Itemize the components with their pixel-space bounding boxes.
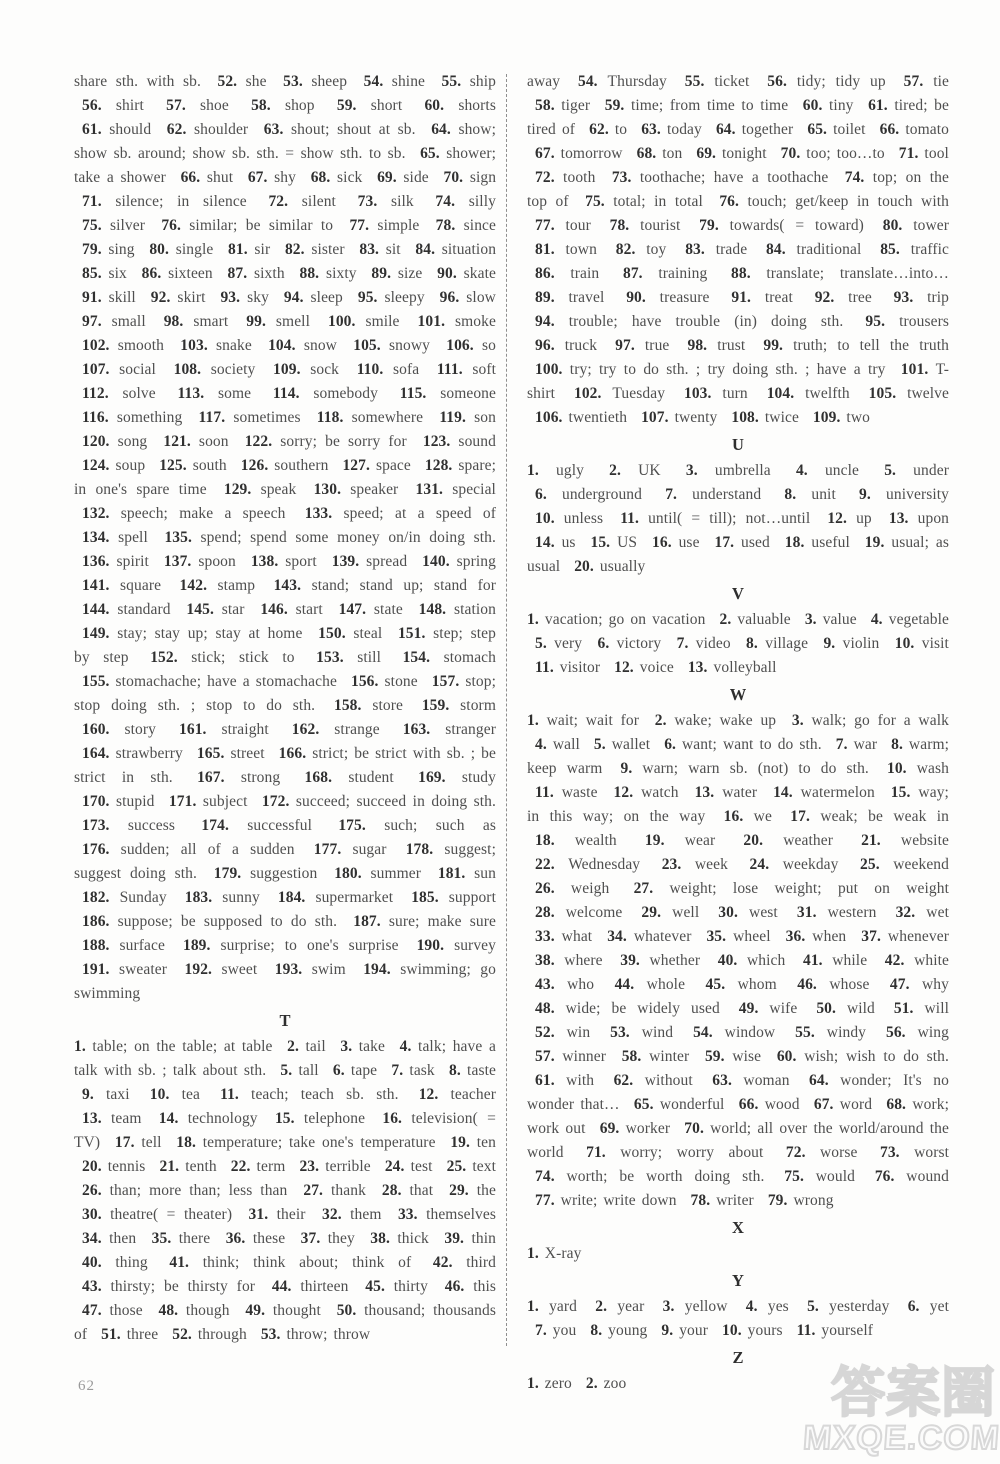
entry-number: 105.: [869, 385, 897, 402]
entry-number: 138.: [251, 553, 279, 570]
vocab-entry: 53. wind: [602, 1024, 673, 1041]
entry-number: 2.: [609, 462, 621, 479]
entry-number: 1.: [527, 611, 539, 628]
vocab-entry: 107. social: [74, 361, 156, 378]
vocab-entry: 75. silver: [74, 217, 145, 234]
entry-number: 2.: [595, 1298, 607, 1315]
vocab-entry: 67. word: [806, 1096, 872, 1113]
entry-number: 62.: [167, 121, 187, 138]
entry-number: 57.: [535, 1048, 555, 1065]
entry-number: 21.: [159, 1158, 179, 1175]
vocab-entry: 1. table; on the table; at table: [74, 1038, 272, 1055]
entry-number: 31.: [249, 1206, 269, 1223]
entry-number: 64.: [431, 121, 451, 138]
vocab-entry: 37. whenever: [853, 928, 949, 945]
vocab-entry: 130. speaker: [306, 481, 399, 498]
entry-number: 25.: [860, 856, 880, 873]
entry-number: 143.: [274, 577, 302, 594]
entry-number: 43.: [82, 1278, 102, 1295]
entry-number: 85.: [82, 265, 102, 282]
vocab-entry: 43. who: [527, 976, 594, 993]
vocab-entry: 6. want; want to do sth.: [656, 736, 822, 753]
vocab-entry: 149. stay; stay up; stay at home: [74, 625, 302, 642]
vocab-entry: 20. weather: [735, 832, 833, 849]
entry-number: 72.: [268, 193, 288, 210]
entry-number: 114.: [273, 385, 300, 402]
entry-number: 11.: [620, 510, 639, 527]
vocab-entry: 78. writer: [683, 1192, 754, 1209]
section-header-v: V: [527, 581, 949, 607]
entry-number: 102.: [574, 385, 602, 402]
vocab-entry: 68. sick: [303, 169, 363, 186]
entry-number: 83.: [359, 241, 379, 258]
vocab-entry: 75. total; in total: [577, 193, 703, 210]
vocab-entry: 79. towards( = toward): [691, 217, 864, 234]
entry-number: 79.: [768, 1192, 788, 1209]
vocab-entry: 69. worker: [592, 1120, 670, 1137]
entry-number: 160.: [82, 721, 110, 738]
entry-number: 39.: [444, 1230, 464, 1247]
vocab-entry: 173. success: [74, 817, 175, 834]
vocab-entry: 83. sit: [351, 241, 400, 258]
vocab-entry: 76. similar; be similar to: [153, 217, 333, 234]
vocab-entry: 114. somebody: [265, 385, 378, 402]
entry-number: 51.: [894, 1000, 914, 1017]
vocab-entry: 79. sing: [74, 241, 135, 258]
vocab-entry: 4. yes: [738, 1298, 789, 1315]
entry-number: 49.: [739, 1000, 759, 1017]
entry-number: 65.: [634, 1096, 654, 1113]
right-column: away 54. Thursday 55. ticket 56. tidy; t…: [527, 70, 949, 1396]
vocab-entry: 92. skirt: [143, 289, 206, 306]
entry-number: 90.: [437, 265, 457, 282]
vocab-entry: 4. wall: [527, 736, 580, 753]
vocab-entry: 82. sister: [277, 241, 345, 258]
entry-number: 82.: [616, 241, 636, 258]
vocab-entry: 62. without: [606, 1072, 693, 1089]
entry-number: 87.: [623, 265, 643, 282]
vocab-entry: 177. sugar: [306, 841, 387, 858]
entry-number: 63.: [264, 121, 284, 138]
vocab-entry: 140. spring: [414, 553, 496, 570]
entry-number: 33.: [535, 928, 555, 945]
vocab-entry: 33. what: [527, 928, 592, 945]
vocab-entry: 113. some: [170, 385, 252, 402]
vocab-entry: 21. tenth: [151, 1158, 216, 1175]
entry-number: 194.: [363, 961, 391, 978]
vocab-entry: 12. up: [819, 510, 871, 527]
vocab-entry: 19. ten: [442, 1134, 496, 1151]
entry-number: 169.: [418, 769, 446, 786]
watermark-site: MXQE.COM: [729, 1420, 1000, 1456]
vocab-entry: 7. task: [383, 1062, 434, 1079]
vocab-entry: 61. with: [527, 1072, 594, 1089]
vocab-entry: 4. vegetable: [863, 611, 949, 628]
vocab-entry: 54. Thursday: [570, 73, 667, 90]
entry-number: 3.: [663, 1298, 675, 1315]
entry-number: 98.: [687, 337, 707, 354]
vocab-entry: 3. value: [797, 611, 857, 628]
entry-number: 62.: [614, 1072, 634, 1089]
entry-number: 3.: [805, 611, 817, 628]
entry-number: 8.: [590, 1322, 602, 1339]
vocab-entry: 145. star: [178, 601, 244, 618]
vocab-entry: 25. text: [439, 1158, 496, 1175]
entry-number: 8.: [891, 736, 903, 753]
entry-number: 38.: [535, 952, 555, 969]
entry-number: 83.: [685, 241, 705, 258]
entry-number: 35.: [152, 1230, 172, 1247]
entry-number: 82.: [285, 241, 305, 258]
entry-number: 12.: [614, 784, 634, 801]
entry-number: 27.: [634, 880, 654, 897]
entry-number: 56.: [886, 1024, 906, 1041]
entry-number: 164.: [82, 745, 110, 762]
entry-number: 67.: [535, 145, 555, 162]
entry-paragraph: 1. zero 2. zoo: [527, 1372, 949, 1396]
vocab-entry: 74. worth; be worth doing sth.: [527, 1168, 764, 1185]
vocab-entry: 14. technology: [151, 1110, 258, 1127]
vocab-entry: 104. twelfth: [759, 385, 850, 402]
entry-number: 165.: [197, 745, 225, 762]
entry-number: 68.: [637, 145, 657, 162]
vocab-entry: 76. touch; get/keep in touch with: [711, 193, 949, 210]
entry-number: 98.: [164, 313, 184, 330]
vocab-entry: 52. she: [209, 73, 266, 90]
entry-number: 32.: [896, 904, 916, 921]
entry-number: 168.: [305, 769, 333, 786]
entry-number: 13.: [889, 510, 909, 527]
entry-number: 84.: [766, 241, 786, 258]
entry-number: 103.: [180, 337, 208, 354]
entry-number: 99.: [246, 313, 266, 330]
entry-number: 30.: [82, 1206, 102, 1223]
entry-number: 121.: [163, 433, 191, 450]
vocab-entry: 148. station: [411, 601, 496, 618]
section-header-y: Y: [527, 1268, 949, 1294]
vocab-entry: 59. time; from time to time: [597, 97, 788, 114]
vocab-entry: 90. treasure: [618, 289, 709, 306]
vocab-entry: 1. wait; wait for: [527, 712, 639, 729]
entry-number: 125.: [159, 457, 187, 474]
entry-number: 110.: [357, 361, 384, 378]
vocab-entry: 43. thirsty; be thirsty for: [74, 1278, 255, 1295]
entry-number: 158.: [334, 697, 362, 714]
entry-number: 59.: [605, 97, 625, 114]
vocab-entry: 58. winter: [614, 1048, 690, 1065]
entry-number: 76.: [875, 1168, 895, 1185]
vocab-entry: 99. truth; to tell the truth: [755, 337, 949, 354]
vocab-entry: 133. speed; at a speed of: [297, 505, 496, 522]
entry-number: 184.: [278, 889, 306, 906]
vocab-entry: 49. thought: [237, 1302, 321, 1319]
vocab-entry: 104. snow: [260, 337, 337, 354]
entry-number: 73.: [358, 193, 378, 210]
vocab-entry: 95. trousers: [857, 313, 949, 330]
vocab-entry: 126. southern: [233, 457, 329, 474]
entry-number: 95.: [358, 289, 378, 306]
entry-number: 94.: [284, 289, 304, 306]
vocab-entry: 97. true: [607, 337, 669, 354]
entry-number: 78.: [691, 1192, 711, 1209]
entry-number: 51.: [101, 1326, 121, 1343]
entry-number: 99.: [763, 337, 783, 354]
vocab-entry: 56. wing: [878, 1024, 949, 1041]
entry-number: 162.: [292, 721, 320, 738]
vocab-entry: 175. such; such as: [330, 817, 496, 834]
entry-number: 69.: [600, 1120, 620, 1137]
entry-number: 18.: [535, 832, 555, 849]
vocab-entry: 20. usually: [566, 558, 645, 575]
entry-number: 140.: [422, 553, 450, 570]
entry-number: 28.: [535, 904, 555, 921]
entry-number: 10.: [150, 1086, 170, 1103]
vocab-entry: 182. Sunday: [74, 889, 167, 906]
entry-number: 180.: [334, 865, 362, 882]
vocab-entry: 158. store: [326, 697, 403, 714]
vocab-entry: 81. sir: [220, 241, 270, 258]
vocab-entry: 26. than; more than; less than: [74, 1182, 287, 1199]
vocab-entry: 8. taste: [441, 1062, 496, 1079]
entry-number: 3.: [686, 462, 698, 479]
vocab-entry: 100. smile: [320, 313, 400, 330]
continuation-text: share sth. with sb.: [74, 73, 209, 90]
vocab-entry: 45. thirty: [357, 1278, 428, 1295]
vocab-entry: 55. ship: [434, 73, 496, 90]
vocab-entry: 106. twentieth: [527, 409, 627, 426]
vocab-entry: 98. smart: [156, 313, 229, 330]
vocab-entry: 66. tomato: [872, 121, 949, 138]
vocab-entry: 9. violin: [815, 635, 879, 652]
entry-number: 23.: [662, 856, 682, 873]
entry-number: 46.: [445, 1278, 465, 1295]
vocab-entry: 63. shout; shout at sb.: [256, 121, 416, 138]
vocab-entry: 137. spoon: [156, 553, 236, 570]
vocab-entry: 193. swim: [267, 961, 346, 978]
vocab-entry: 86. sixteen: [134, 265, 213, 282]
entry-paragraph: 1. ugly 2. UK 3. umbrella 4. uncle 5. un…: [527, 459, 949, 579]
entry-number: 10.: [887, 760, 907, 777]
vocab-entry: 109. sock: [265, 361, 339, 378]
entry-number: 42.: [433, 1254, 453, 1271]
entry-number: 16.: [382, 1110, 402, 1127]
entry-number: 40.: [718, 952, 738, 969]
entry-number: 55.: [795, 1024, 815, 1041]
entry-number: 66.: [181, 169, 201, 186]
entry-number: 73.: [612, 169, 632, 186]
entry-number: 34.: [607, 928, 627, 945]
vocab-entry: 96. slow: [432, 289, 496, 306]
vocab-entry: 63. woman: [704, 1072, 789, 1089]
page-number: 62: [78, 1378, 95, 1395]
vocab-entry: 28. welcome: [527, 904, 622, 921]
vocab-entry: 18. wealth: [527, 832, 617, 849]
entry-number: 7.: [535, 1322, 547, 1339]
vocab-entry: 143. stand; stand up; stand for: [266, 577, 496, 594]
vocab-entry: 172. succeed; succeed in doing sth.: [254, 793, 496, 810]
vocab-entry: 146. start: [252, 601, 323, 618]
vocab-entry: 169. study: [410, 769, 496, 786]
entry-number: 12.: [614, 659, 634, 676]
vocab-entry: 147. state: [331, 601, 403, 618]
vocab-entry: 35. wheel: [698, 928, 770, 945]
vocab-entry: 141. square: [74, 577, 161, 594]
vocab-entry: 35. there: [144, 1230, 211, 1247]
entry-number: 93.: [894, 289, 914, 306]
entry-number: 152.: [150, 649, 178, 666]
vocab-entry: 112. solve: [74, 385, 156, 402]
vocab-entry: 5. under: [876, 462, 949, 479]
entry-number: 11.: [535, 784, 554, 801]
vocab-entry: 111. soft: [429, 361, 496, 378]
entry-number: 27.: [303, 1182, 323, 1199]
entry-number: 177.: [314, 841, 342, 858]
vocab-entry: 77. tour: [527, 217, 591, 234]
entry-number: 53.: [283, 73, 303, 90]
vocab-entry: 67. shy: [240, 169, 296, 186]
entry-number: 127.: [342, 457, 370, 474]
entry-number: 10.: [535, 510, 555, 527]
entry-number: 54.: [578, 73, 598, 90]
vocab-entry: 188. surface: [74, 937, 165, 954]
entry-number: 65.: [807, 121, 827, 138]
vocab-entry: 51. three: [93, 1326, 158, 1343]
vocab-entry: 40. thing: [74, 1254, 148, 1271]
vocab-entry: 1. vacation; go on vacation: [527, 611, 705, 628]
entry-number: 100.: [535, 361, 563, 378]
vocab-entry: 91. skill: [74, 289, 136, 306]
vocab-entry: 12. voice: [606, 659, 674, 676]
entry-number: 26.: [82, 1182, 102, 1199]
section-header-t: T: [74, 1008, 496, 1034]
vocab-entry: 11. waste: [527, 784, 598, 801]
vocab-entry: 65. wonderful: [626, 1096, 725, 1113]
entry-number: 157.: [432, 673, 460, 690]
vocab-entry: 30. west: [710, 904, 778, 921]
entry-number: 65.: [420, 145, 440, 162]
vocab-entry: 85. traffic: [872, 241, 949, 258]
entry-number: 1.: [527, 1245, 539, 1262]
entry-number: 4.: [400, 1038, 412, 1055]
vocab-entry: 47. why: [882, 976, 949, 993]
vocab-entry: 118. somewhere: [309, 409, 423, 426]
entry-number: 81.: [535, 241, 555, 258]
vocab-entry: 44. whole: [607, 976, 686, 993]
vocab-entry: 71. tool: [891, 145, 949, 162]
entry-number: 124.: [82, 457, 110, 474]
vocab-entry: 59. wise: [697, 1048, 761, 1065]
vocab-entry: 79. wrong: [760, 1192, 834, 1209]
vocab-entry: 38. thick: [362, 1230, 429, 1247]
entry-number: 86.: [535, 265, 555, 282]
entry-number: 7.: [836, 736, 848, 753]
vocab-entry: 184. supermarket: [270, 889, 393, 906]
entry-number: 20.: [82, 1158, 102, 1175]
entry-number: 18.: [176, 1134, 196, 1151]
entry-number: 122.: [245, 433, 273, 450]
entry-number: 167.: [197, 769, 225, 786]
entry-number: 34.: [82, 1230, 102, 1247]
entry-number: 14.: [159, 1110, 179, 1127]
vocab-entry: 15. US: [582, 534, 637, 551]
entry-number: 66.: [739, 1096, 759, 1113]
vocab-entry: 12. teacher: [411, 1086, 496, 1103]
entry-number: 84.: [415, 241, 435, 258]
vocab-entry: 85. six: [74, 265, 127, 282]
vocab-entry: 9. your: [653, 1322, 708, 1339]
vocab-entry: 40. which: [710, 952, 786, 969]
entry-number: 155.: [82, 673, 110, 690]
vocab-entry: 121. soon: [155, 433, 228, 450]
entry-number: 145.: [186, 601, 214, 618]
entry-number: 123.: [423, 433, 451, 450]
entry-number: 44.: [272, 1278, 292, 1295]
vocab-entry: 53. throw; throw: [253, 1326, 370, 1343]
vocab-entry: 83. trade: [677, 241, 747, 258]
vocab-entry: 105. twelve: [861, 385, 949, 402]
vocab-entry: 89. size: [363, 265, 422, 282]
vocab-entry: 20. tennis: [74, 1158, 145, 1175]
section-header-x: X: [527, 1215, 949, 1241]
entry-number: 1.: [527, 1375, 539, 1392]
entry-number: 126.: [241, 457, 269, 474]
entry-number: 23.: [299, 1158, 319, 1175]
entry-number: 68.: [886, 1096, 906, 1113]
vocab-entry: 117. sometimes: [191, 409, 301, 426]
entry-number: 78.: [436, 217, 456, 234]
vocab-entry: 62. shoulder: [159, 121, 248, 138]
entry-number: 91.: [731, 289, 751, 306]
vocab-entry: 47. those: [74, 1302, 143, 1319]
vocab-entry: 108. society: [166, 361, 256, 378]
entry-number: 8.: [784, 486, 796, 503]
vocab-entry: 107. twenty: [633, 409, 717, 426]
entry-number: 4.: [535, 736, 547, 753]
entry-number: 2.: [720, 611, 732, 628]
vocab-entry: 93. trip: [886, 289, 949, 306]
vocab-entry: 78. tourist: [602, 217, 681, 234]
vocab-entry: 58. shop: [243, 97, 315, 114]
entry-number: 1.: [74, 1038, 86, 1055]
vocab-entry: 17. used: [706, 534, 769, 551]
vocab-entry: 22. term: [223, 1158, 286, 1175]
entry-number: 89.: [535, 289, 555, 306]
entry-number: 106.: [446, 337, 474, 354]
vocab-entry: 4. uncle: [788, 462, 859, 479]
vocab-entry: 45. whom: [698, 976, 777, 993]
vocab-entry: 93. sky: [212, 289, 268, 306]
section-header-w: W: [527, 682, 949, 708]
entry-number: 190.: [417, 937, 445, 954]
entry-number: 69.: [696, 145, 716, 162]
entry-number: 81.: [228, 241, 248, 258]
vocab-entry: 31. their: [241, 1206, 306, 1223]
vocab-entry: 2. year: [587, 1298, 644, 1315]
entry-number: 88.: [299, 265, 319, 282]
vocab-entry: 7. you: [527, 1322, 576, 1339]
vocab-entry: 60. shorts: [416, 97, 496, 114]
vocab-entry: 9. university: [851, 486, 949, 503]
entry-number: 94.: [535, 313, 555, 330]
vocab-entry: 1. yard: [527, 1298, 577, 1315]
entry-number: 93.: [220, 289, 240, 306]
vocab-entry: 153. still: [308, 649, 381, 666]
entry-number: 179.: [214, 865, 242, 882]
entry-paragraph: 1. vacation; go on vacation 2. valuable …: [527, 608, 949, 680]
vocab-entry: 136. spirit: [74, 553, 149, 570]
entry-number: 117.: [199, 409, 226, 426]
vocab-entry: 30. theatre( = theater): [74, 1206, 232, 1223]
